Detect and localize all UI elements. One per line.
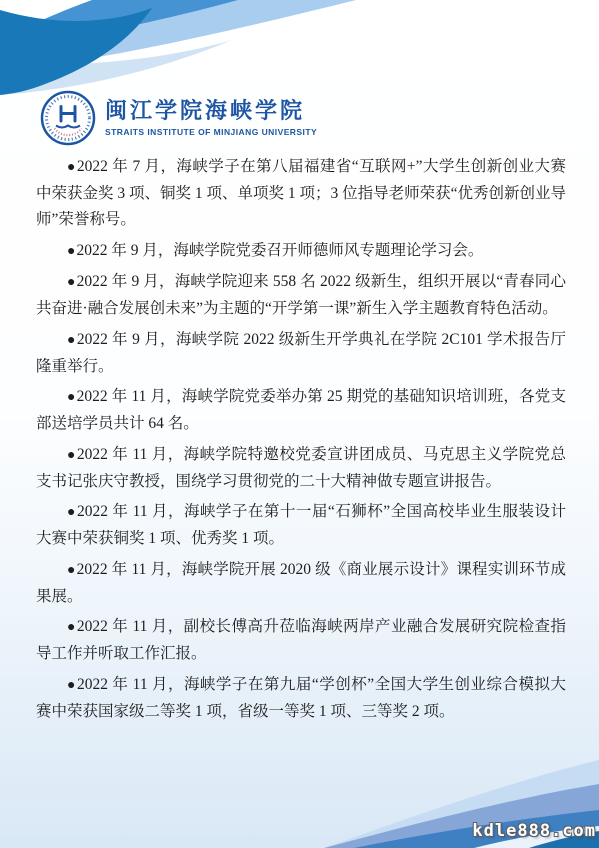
news-item: ●2022 年 11 月，海峡学子在第九届“学创杯”全国大学生创业综合模拟大赛中… (36, 672, 566, 725)
bullet-icon: ● (67, 620, 76, 635)
logo-text: 闽江学院海峡学院 STRAITS INSTITUTE OF MINJIANG U… (105, 99, 317, 137)
bullet-icon: ● (67, 678, 76, 693)
news-item-text: 2022 年 11 月，海峡学子在第十一届“石狮杯”全国高校毕业生服装设计大赛中… (36, 503, 566, 547)
news-list: ●2022 年 7 月，海峡学子在第八届福建省“互联网+”大学生创新创业大赛中荣… (36, 154, 566, 729)
news-item: ●2022 年 9 月，海峡学院 2022 级新生开学典礼在学院 2C101 学… (36, 327, 566, 380)
logo: 闽江学院海峡学院 STRAITS INSTITUTE OF MINJIANG U… (40, 90, 317, 146)
document-page: 闽江学院海峡学院 STRAITS INSTITUTE OF MINJIANG U… (0, 0, 599, 848)
top-swoosh-graphic (0, 0, 358, 95)
news-item-text: 2022 年 7 月，海峡学子在第八届福建省“互联网+”大学生创新创业大赛中荣获… (36, 158, 566, 228)
bullet-icon: ● (67, 275, 76, 290)
news-item-text: 2022 年 9 月，海峡学院党委召开师德师风专题理论学习会。 (76, 242, 483, 259)
bullet-icon: ● (67, 160, 76, 175)
news-item: ●2022 年 11 月，海峡学院党委举办第 25 期党的基础知识培训班，各党支… (36, 384, 566, 437)
news-item-text: 2022 年 11 月，海峡学院党委举办第 25 期党的基础知识培训班，各党支部… (36, 388, 566, 432)
watermark-text: kdle888.com (472, 821, 596, 841)
news-item: ●2022 年 9 月，海峡学院迎来 558 名 2022 级新生，组织开展以“… (36, 269, 566, 322)
bullet-icon: ● (67, 390, 76, 405)
bullet-icon: ● (67, 448, 76, 463)
news-item-text: 2022 年 11 月，副校长傅高升莅临海峡两岸产业融合发展研究院检查指导工作并… (36, 618, 566, 662)
news-item: ●2022 年 11 月，海峡学院特邀校党委宣讲团成员、马克思主义学院党总支书记… (36, 442, 566, 495)
bullet-icon: ● (67, 563, 76, 578)
news-item-text: 2022 年 11 月，海峡学院特邀校党委宣讲团成员、马克思主义学院党总支书记张… (36, 446, 566, 490)
news-item: ●2022 年 7 月，海峡学子在第八届福建省“互联网+”大学生创新创业大赛中荣… (36, 154, 566, 233)
news-item: ●2022 年 11 月，海峡学院开展 2020 级《商业展示设计》课程实训环节… (36, 557, 566, 610)
news-item-text: 2022 年 11 月，海峡学院开展 2020 级《商业展示设计》课程实训环节成… (36, 561, 566, 605)
university-seal-icon (40, 90, 96, 146)
bullet-icon: ● (67, 333, 76, 348)
news-item: ●2022 年 11 月，海峡学子在第十一届“石狮杯”全国高校毕业生服装设计大赛… (36, 499, 566, 552)
news-item: ●2022 年 11 月，副校长傅高升莅临海峡两岸产业融合发展研究院检查指导工作… (36, 614, 566, 667)
university-name-cn: 闽江学院海峡学院 (105, 99, 317, 124)
news-item-text: 2022 年 9 月，海峡学院迎来 558 名 2022 级新生，组织开展以“青… (36, 273, 566, 317)
university-name-en: STRAITS INSTITUTE OF MINJIANG UNIVERSITY (105, 127, 317, 137)
news-item: ●2022 年 9 月，海峡学院党委召开师德师风专题理论学习会。 (36, 238, 566, 265)
bullet-icon: ● (67, 244, 75, 259)
bullet-icon: ● (67, 505, 76, 520)
news-item-text: 2022 年 11 月，海峡学子在第九届“学创杯”全国大学生创业综合模拟大赛中荣… (36, 676, 566, 720)
news-item-text: 2022 年 9 月，海峡学院 2022 级新生开学典礼在学院 2C101 学术… (36, 331, 566, 375)
